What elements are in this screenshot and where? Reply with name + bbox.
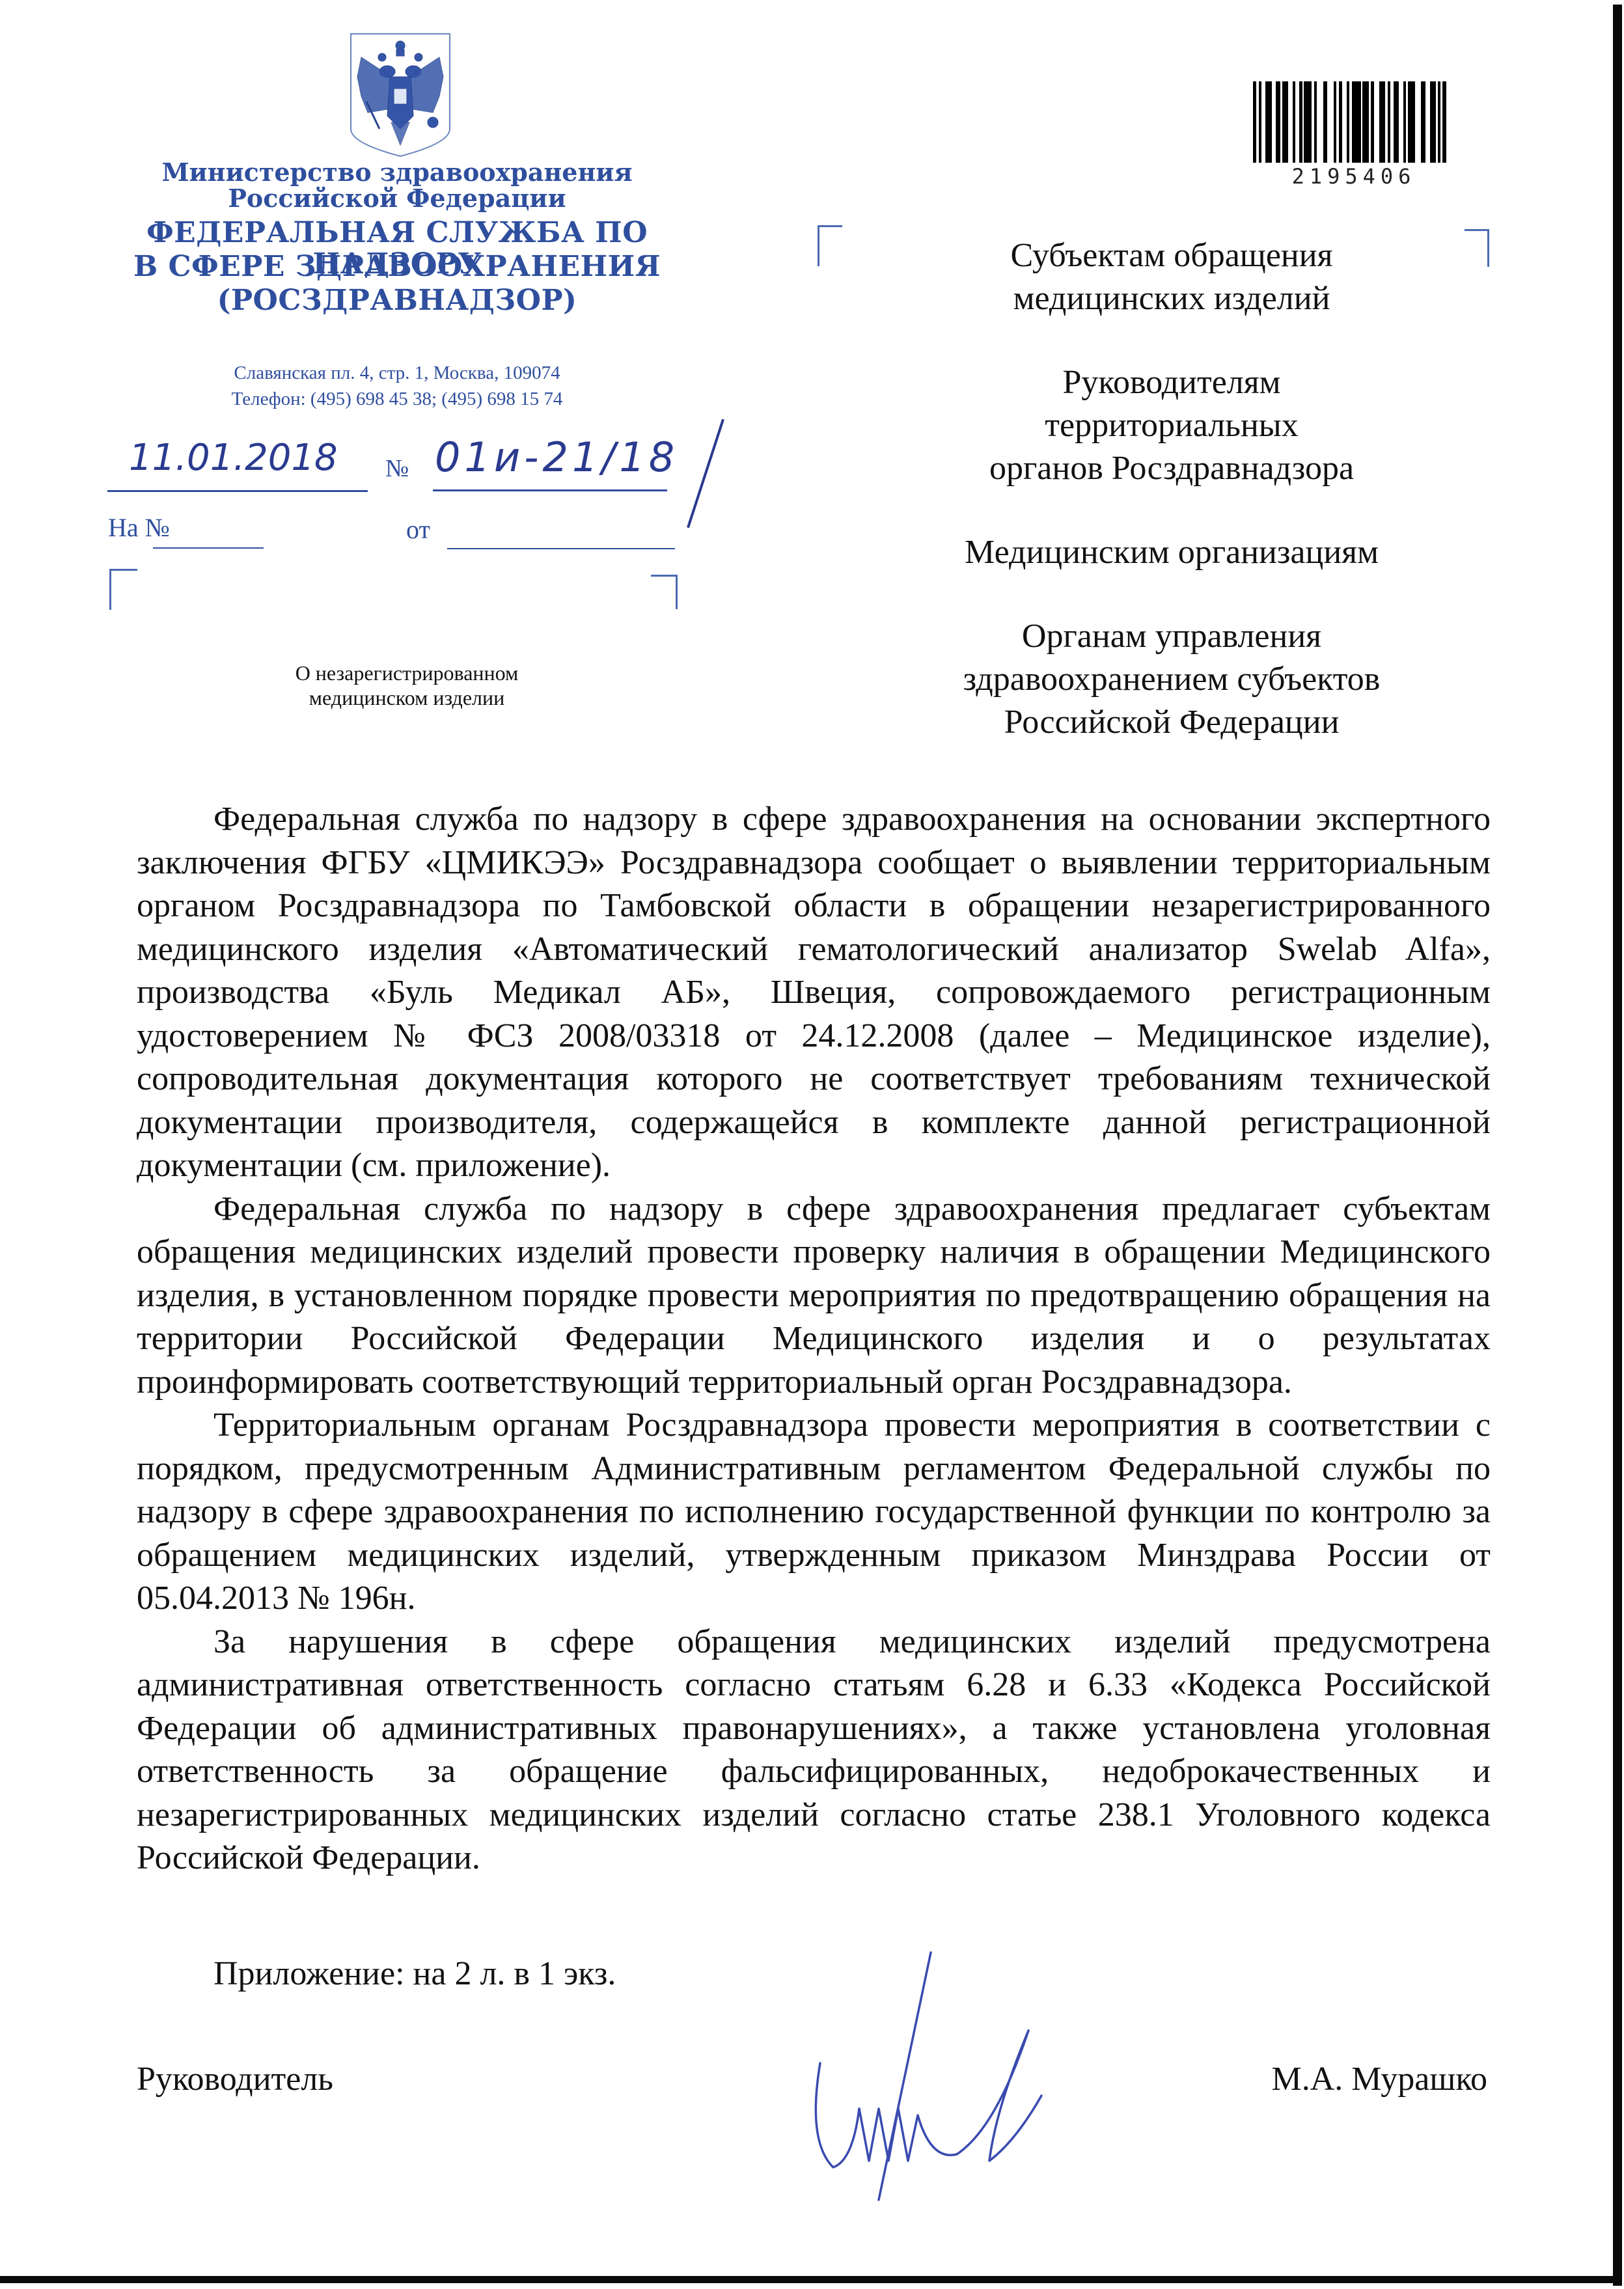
recipient-bracket-left (818, 225, 842, 266)
registration-date: 11.01.2018 (129, 437, 370, 479)
number-underline (433, 489, 667, 491)
recipient-line: здравоохранением субъектов (866, 658, 1478, 701)
body-paragraph-3: Территориальным органам Росздравнадзора … (137, 1404, 1491, 1621)
ministry-name-2: Российской Федерации (98, 186, 696, 211)
bracket-top-left (109, 569, 137, 610)
signatory-name: М.А. Мурашко (1250, 2058, 1487, 2101)
registration-number: 01и-21/18 (435, 435, 678, 480)
recipient-3: Медицинским организациям (866, 531, 1478, 574)
appendix-note: Приложение: на 2 л. в 1 экз. (213, 1953, 616, 1995)
bracket-top-right (651, 575, 678, 609)
coat-of-arms-icon (348, 31, 452, 158)
handwritten-signature-icon (781, 1946, 1146, 2219)
reply-date-field (447, 548, 675, 549)
barcode-number: 2195406 (1269, 164, 1438, 189)
scan-border-bottom (0, 2276, 1622, 2283)
recipient-line: органов Росздравнадзора (866, 447, 1478, 490)
recipient-line: Российской Федерации (866, 701, 1478, 744)
body-paragraph-2: Федеральная служба по надзору в сфере зд… (137, 1188, 1491, 1405)
reply-number-field (153, 547, 264, 549)
phone: Телефон: (495) 698 45 38; (495) 698 15 7… (98, 388, 696, 410)
service-abbreviation: (РОСЗДРАВНАДЗОР) (98, 285, 696, 316)
number-label: № (385, 454, 409, 483)
recipient-line: Субъектам обращения (866, 234, 1478, 277)
recipient-line: медицинских изделий (866, 277, 1478, 320)
service-name-2: В СФЕРЕ ЗДРАВООХРАНЕНИЯ (98, 251, 696, 282)
recipient-line: Органам управления (866, 615, 1478, 658)
handwritten-slash (687, 419, 724, 528)
subject-line-1: О незарегистрированном (195, 661, 618, 685)
ministry-name: Министерство здравоохранения (98, 160, 696, 185)
letter-body: Федеральная служба по надзору в сфере зд… (137, 798, 1491, 1880)
body-paragraph-1: Федеральная служба по надзору в сфере зд… (137, 798, 1491, 1188)
recipients-block: Субъектам обращения медицинских изделий … (866, 234, 1478, 785)
recipient-1: Субъектам обращения медицинских изделий (866, 234, 1478, 320)
recipient-line: Медицинским организациям (866, 531, 1478, 574)
address: Славянская пл. 4, стр. 1, Москва, 109074 (98, 362, 696, 384)
letter-subject: О незарегистрированном медицинском издел… (195, 661, 618, 710)
subject-line-2: медицинском изделии (195, 685, 618, 710)
recipient-line: территориальных (866, 404, 1478, 447)
recipient-4: Органам управления здравоохранением субъ… (866, 615, 1478, 744)
date-underline (107, 490, 368, 492)
recipient-2: Руководителям территориальных органов Ро… (866, 361, 1478, 490)
scan-border-right (1613, 5, 1622, 2286)
recipient-line: Руководителям (866, 361, 1478, 404)
body-paragraph-4: За нарушения в сфере обращения медицинск… (137, 1621, 1491, 1880)
reply-from-label: от (406, 514, 430, 545)
signatory-role: Руководитель (137, 2058, 333, 2101)
barcode (1253, 81, 1448, 163)
reply-to-label: На № (108, 512, 170, 543)
